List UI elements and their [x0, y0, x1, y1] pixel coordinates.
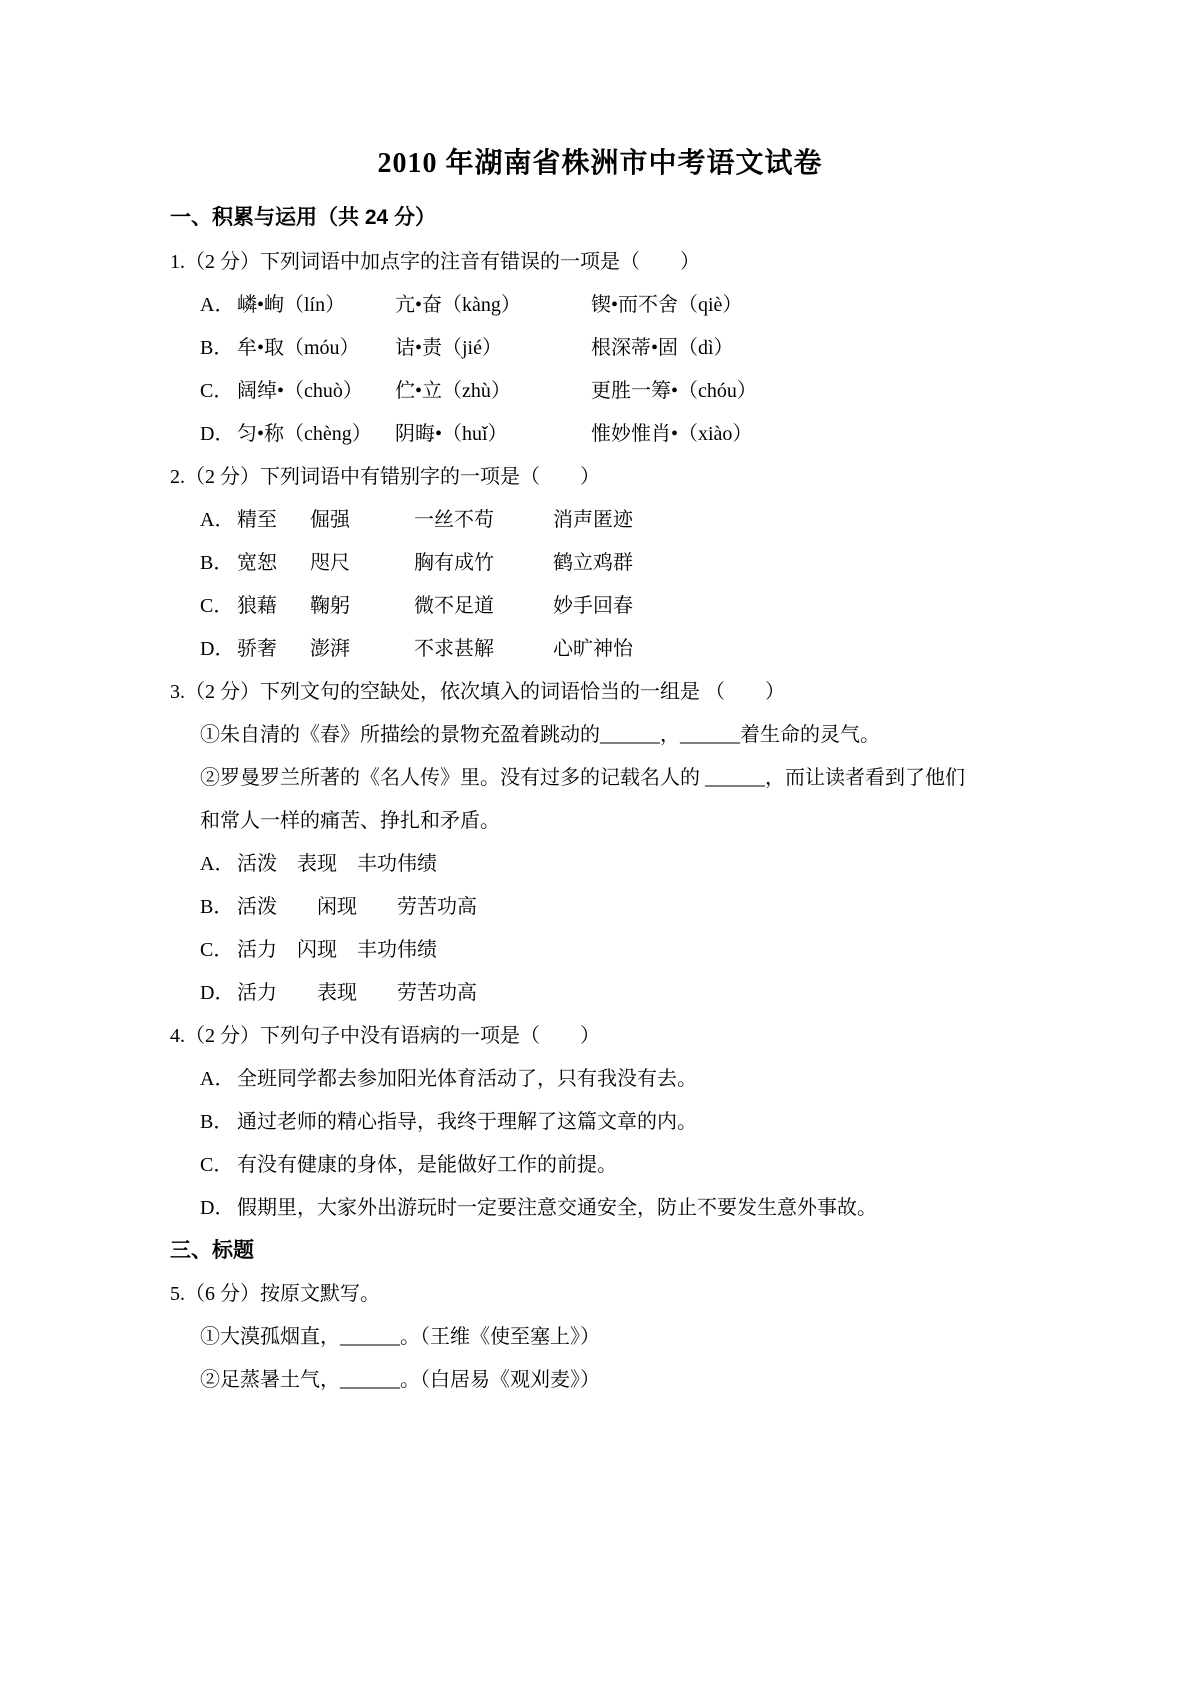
q4-option-b: B．通过老师的精心指导，我终于理解了这篇文章的内。	[170, 1110, 1030, 1134]
option-word: 诘•责（jié）	[395, 336, 591, 360]
q1-stem: 1.（2 分）下列词语中加点字的注音有错误的一项是（ ）	[170, 250, 1030, 274]
option-label: B．	[200, 1110, 237, 1134]
q3-sentence-2-cont: 和常人一样的痛苦、挣扎和矛盾。	[170, 809, 1030, 833]
option-word: 心旷神怡	[553, 638, 633, 660]
option-word: 消声匿迹	[553, 509, 633, 531]
option-label: B．	[200, 551, 237, 575]
option-label: A．	[200, 508, 237, 532]
q4-stem: 4.（2 分）下列句子中没有语病的一项是（ ）	[170, 1024, 1030, 1048]
option-word: 阴晦•（huǐ）	[395, 422, 591, 446]
option-label: D．	[200, 981, 237, 1005]
q5-stem: 5.（6 分）按原文默写。	[170, 1282, 1030, 1306]
option-text: 活力 表现 劳苦功高	[237, 982, 477, 1004]
option-label: D．	[200, 1196, 237, 1220]
option-word: 根深蒂•固（dì）	[591, 337, 734, 359]
option-word: 亢•奋（kàng）	[395, 293, 591, 317]
option-text: 活泼 闲现 劳苦功高	[237, 896, 477, 918]
option-label: C．	[200, 594, 237, 618]
option-word: 锲•而不舍（qiè）	[591, 294, 742, 316]
option-word: 鹤立鸡群	[553, 552, 633, 574]
option-word: 狼藉	[237, 594, 310, 618]
q3-option-b: B．活泼 闲现 劳苦功高	[170, 895, 1030, 919]
option-label: B．	[200, 895, 237, 919]
q2-stem: 2.（2 分）下列词语中有错别字的一项是（ ）	[170, 465, 1030, 489]
q2-option-c: C．狼藉鞠躬微不足道妙手回春	[170, 594, 1030, 618]
q1-option-c: C．阔绰•（chuò）伫•立（zhù）更胜一筹•（chóu）	[170, 379, 1030, 403]
q3-option-d: D．活力 表现 劳苦功高	[170, 981, 1030, 1005]
option-text: 活泼 表现 丰功伟绩	[237, 853, 437, 875]
option-text: 通过老师的精心指导，我终于理解了这篇文章的内。	[237, 1111, 697, 1133]
q3-option-c: C．活力 闪现 丰功伟绩	[170, 938, 1030, 962]
option-word: 伫•立（zhù）	[395, 379, 591, 403]
option-word: 宽恕	[237, 551, 310, 575]
q5-blank-2: ②足蒸暑土气，______。（白居易《观刈麦》）	[170, 1368, 1030, 1392]
option-word: 嶙•峋（lín）	[237, 293, 395, 317]
option-word: 一丝不苟	[414, 508, 553, 532]
q3-sentence-2: ②罗曼罗兰所著的《名人传》里。没有过多的记载名人的 ______，而让读者看到了…	[170, 766, 1030, 790]
section-heading-1: 一、积累与运用（共 24 分）	[170, 206, 1030, 230]
option-word: 更胜一筹•（chóu）	[591, 380, 757, 402]
option-word: 骄奢	[237, 637, 310, 661]
option-word: 胸有成竹	[414, 551, 553, 575]
page-title: 2010 年湖南省株洲市中考语文试卷	[170, 148, 1030, 180]
option-label: A．	[200, 1067, 237, 1091]
option-label: D．	[200, 422, 237, 446]
option-word: 澎湃	[310, 637, 414, 661]
option-label: C．	[200, 1153, 237, 1177]
q3-sentence-1: ①朱自清的《春》所描绘的景物充盈着跳动的______，______着生命的灵气。	[170, 723, 1030, 747]
exam-paper-page: 2010 年湖南省株洲市中考语文试卷 一、积累与运用（共 24 分） 1.（2 …	[0, 0, 1200, 1698]
option-text: 全班同学都去参加阳光体育活动了，只有我没有去。	[237, 1068, 697, 1090]
option-label: C．	[200, 379, 237, 403]
section-heading-2: 三、标题	[170, 1239, 1030, 1263]
q2-option-d: D．骄奢澎湃不求甚解心旷神怡	[170, 637, 1030, 661]
option-word: 惟妙惟肖•（xiào）	[591, 423, 752, 445]
option-text: 假期里，大家外出游玩时一定要注意交通安全，防止不要发生意外事故。	[237, 1197, 877, 1219]
q3-option-a: A．活泼 表现 丰功伟绩	[170, 852, 1030, 876]
option-text: 活力 闪现 丰功伟绩	[237, 939, 437, 961]
q5-blank-1: ①大漠孤烟直，______。（王维《使至塞上》）	[170, 1325, 1030, 1349]
option-word: 倔强	[310, 508, 414, 532]
q4-option-c: C．有没有健康的身体，是能做好工作的前提。	[170, 1153, 1030, 1177]
option-word: 鞠躬	[310, 594, 414, 618]
option-word: 不求甚解	[414, 637, 553, 661]
q1-option-a: A．嶙•峋（lín）亢•奋（kàng）锲•而不舍（qiè）	[170, 293, 1030, 317]
option-text: 有没有健康的身体，是能做好工作的前提。	[237, 1154, 617, 1176]
option-word: 牟•取（móu）	[237, 336, 395, 360]
option-label: B．	[200, 336, 237, 360]
option-label: A．	[200, 852, 237, 876]
q2-option-a: A．精至倔强一丝不苟消声匿迹	[170, 508, 1030, 532]
q1-option-d: D．匀•称（chèng）阴晦•（huǐ）惟妙惟肖•（xiào）	[170, 422, 1030, 446]
option-word: 精至	[237, 508, 310, 532]
option-label: A．	[200, 293, 237, 317]
option-word: 咫尺	[310, 551, 414, 575]
q4-option-d: D．假期里，大家外出游玩时一定要注意交通安全，防止不要发生意外事故。	[170, 1196, 1030, 1220]
q2-option-b: B．宽恕咫尺胸有成竹鹤立鸡群	[170, 551, 1030, 575]
option-label: C．	[200, 938, 237, 962]
option-label: D．	[200, 637, 237, 661]
q3-stem: 3.（2 分）下列文句的空缺处，依次填入的词语恰当的一组是 （ ）	[170, 680, 1030, 704]
option-word: 阔绰•（chuò）	[237, 379, 395, 403]
option-word: 微不足道	[414, 594, 553, 618]
option-word: 匀•称（chèng）	[237, 422, 395, 446]
q4-option-a: A．全班同学都去参加阳光体育活动了，只有我没有去。	[170, 1067, 1030, 1091]
option-word: 妙手回春	[553, 595, 633, 617]
q1-option-b: B．牟•取（móu）诘•责（jié）根深蒂•固（dì）	[170, 336, 1030, 360]
